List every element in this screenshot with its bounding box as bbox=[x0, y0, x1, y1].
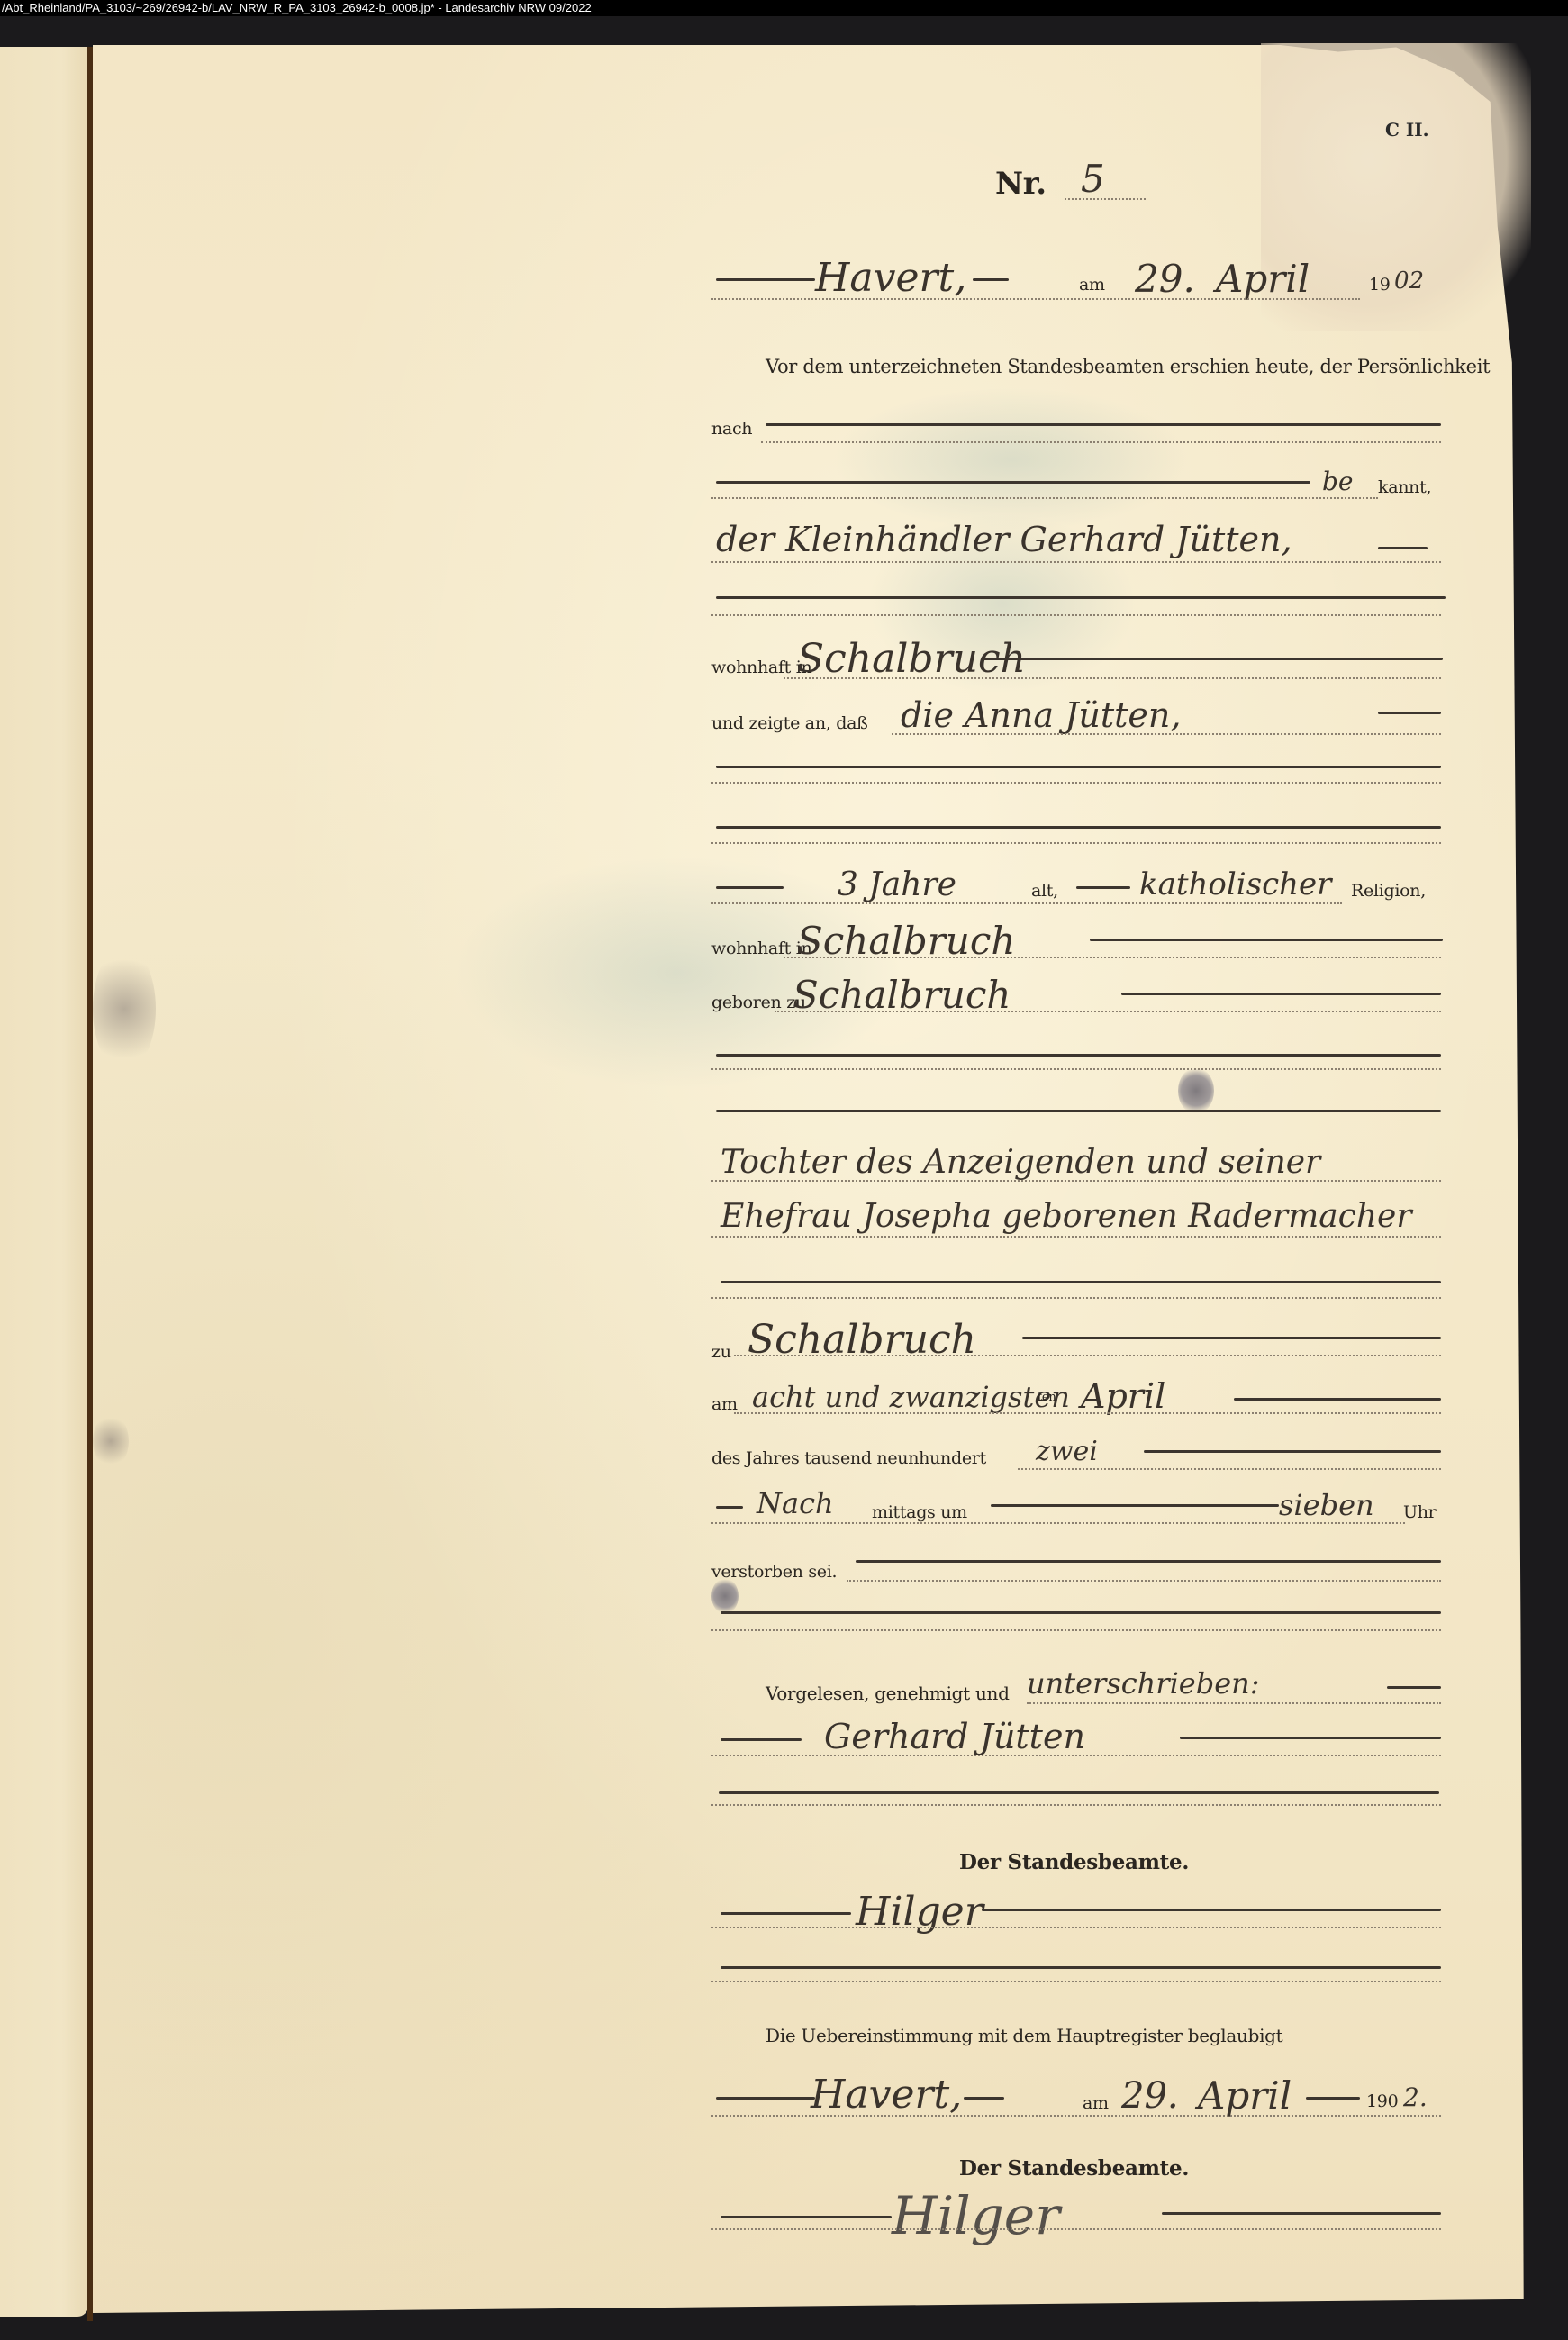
fill-line bbox=[982, 658, 1443, 660]
death-year-value: zwei bbox=[1036, 1436, 1098, 1467]
dotted-line bbox=[734, 1412, 1441, 1414]
date-day: 29. bbox=[1135, 257, 1195, 301]
fill-line bbox=[721, 1611, 1441, 1614]
informant-value: der Kleinhändler Gerhard Jütten, bbox=[716, 520, 1292, 559]
dotted-line bbox=[892, 733, 1441, 735]
dotted-line bbox=[711, 842, 1441, 844]
dotted-line bbox=[711, 1927, 1441, 1928]
registrar-signature-row: Hilger bbox=[711, 1887, 1441, 1941]
fill-line bbox=[721, 2216, 892, 2218]
dotted-line bbox=[761, 441, 1441, 443]
parents-row-1: Tochter des Anzeigenden und seiner bbox=[711, 1144, 1441, 1198]
fill-line bbox=[1022, 1337, 1441, 1339]
cert-year-prefix: 190 bbox=[1366, 2091, 1398, 2111]
dotted-line bbox=[711, 1804, 1441, 1806]
parents-line-1: Tochter des Anzeigenden und seiner bbox=[721, 1144, 1320, 1181]
birthplace-row: geboren zu Schalbruch bbox=[711, 973, 1441, 1027]
blank-row bbox=[711, 1941, 1441, 1995]
vorgelesen-label: Vorgelesen, genehmigt und bbox=[766, 1682, 1010, 1704]
death-place-row: zu Schalbruch bbox=[711, 1315, 1441, 1369]
certification-text: Die Uebereinstimmung mit dem Hauptregist… bbox=[766, 2025, 1282, 2046]
cert-signature: Hilger bbox=[892, 2185, 1060, 2246]
verstorben-label: verstorben sei. bbox=[711, 1562, 837, 1582]
dotted-line bbox=[711, 1629, 1441, 1631]
dotted-line bbox=[711, 561, 1441, 563]
zeigte-label: und zeigte an, daß bbox=[711, 713, 868, 733]
dotted-line bbox=[1065, 198, 1146, 200]
cert-am-label: am bbox=[1083, 2093, 1109, 2113]
cert-date-day: 29. bbox=[1121, 2075, 1179, 2117]
mittags-label: mittags um bbox=[872, 1502, 967, 1522]
parents-line-2: Ehefrau Josepha geborenen Radermacher bbox=[721, 1198, 1412, 1235]
fill-line bbox=[716, 2097, 815, 2100]
bekannt-hand: be bbox=[1322, 467, 1354, 496]
fill-line bbox=[716, 766, 1441, 768]
vorgelesen-row: Vorgelesen, genehmigt und unterschrieben… bbox=[711, 1666, 1441, 1720]
dotted-line bbox=[711, 782, 1441, 784]
informant-residence-row: wohnhaft in Schalbruch bbox=[711, 630, 1441, 685]
window-title: /Abt_Rheinland/PA_3103/~269/26942-b/LAV_… bbox=[2, 1, 592, 14]
death-month-value: April bbox=[1081, 1376, 1165, 1416]
fill-line bbox=[716, 278, 815, 281]
dotted-line bbox=[711, 2115, 1441, 2117]
vorgelesen-value: unterschrieben: bbox=[1027, 1666, 1260, 1701]
deceased-residence-row: wohnhaft in Schalbruch bbox=[711, 919, 1441, 973]
place-value: Havert, bbox=[815, 255, 966, 301]
dotted-line bbox=[847, 1580, 1441, 1582]
dotted-line bbox=[711, 1755, 1441, 1756]
fill-line bbox=[1180, 1737, 1441, 1739]
blank-row bbox=[711, 1599, 1441, 1653]
fill-line bbox=[964, 2097, 1004, 2100]
dotted-line bbox=[1027, 1702, 1441, 1704]
verstorben-row: verstorben sei. bbox=[711, 1540, 1441, 1594]
fill-line bbox=[721, 1912, 851, 1915]
ink-spot bbox=[93, 946, 156, 1072]
dotted-line bbox=[711, 1522, 1405, 1524]
fill-line bbox=[766, 423, 1441, 426]
fill-line bbox=[1144, 1450, 1441, 1453]
informant-row: der Kleinhändler Gerhard Jütten, bbox=[711, 518, 1441, 572]
certification-row: Die Uebereinstimmung mit dem Hauptregist… bbox=[711, 2009, 1441, 2063]
bekannt-printed: kannt, bbox=[1378, 477, 1431, 497]
fill-line bbox=[716, 886, 784, 889]
death-hour-value: sieben bbox=[1279, 1488, 1374, 1522]
number-value: 5 bbox=[1081, 157, 1105, 201]
dotted-line bbox=[711, 1068, 1441, 1070]
parents-row-2: Ehefrau Josepha geborenen Radermacher bbox=[711, 1198, 1441, 1252]
fill-line bbox=[716, 1054, 1441, 1057]
fill-line bbox=[856, 1560, 1441, 1563]
blank-row bbox=[711, 576, 1441, 630]
fill-line bbox=[1076, 886, 1130, 889]
cert-signature-row: Hilger bbox=[711, 2189, 1441, 2243]
fill-line bbox=[716, 1110, 1441, 1112]
fill-line bbox=[716, 596, 1446, 599]
intro-row: Vor dem unterzeichneten Standesbeamten e… bbox=[711, 347, 1441, 401]
dotted-line bbox=[711, 2228, 1441, 2230]
informant-signature-row: Gerhard Jütten bbox=[711, 1720, 1441, 1774]
zu-label: zu bbox=[711, 1342, 731, 1362]
number-label: Nr. bbox=[995, 166, 1047, 202]
fill-line bbox=[973, 278, 1009, 281]
fill-line bbox=[1378, 712, 1441, 714]
book-spine bbox=[87, 47, 93, 2321]
intro-text: Vor dem unterzeichneten Standesbeamten e… bbox=[766, 356, 1490, 377]
dotted-line bbox=[711, 1981, 1441, 1982]
cert-place-date-row: Havert, am 29. April 190 2. bbox=[711, 2072, 1441, 2126]
blank-row bbox=[711, 748, 1441, 802]
age-religion-row: 3 Jahre alt, katholischer Religion, bbox=[711, 865, 1441, 919]
registrar-heading-row: Der Standesbeamte. bbox=[711, 1837, 1441, 1891]
ten-suffix: ten bbox=[1038, 1391, 1056, 1404]
dotted-line bbox=[711, 902, 1342, 904]
fill-line bbox=[1121, 993, 1441, 995]
place-date-row: Havert, am 29. April 19 02 bbox=[711, 257, 1441, 311]
window-title-bar: /Abt_Rheinland/PA_3103/~269/26942-b/LAV_… bbox=[0, 0, 1568, 16]
record-number-row: Nr. 5 bbox=[711, 162, 1441, 216]
fill-line bbox=[721, 1966, 1441, 1969]
fill-line bbox=[1234, 1398, 1441, 1401]
fill-line bbox=[716, 1506, 743, 1509]
fill-line bbox=[721, 1738, 802, 1741]
cert-date-month: April bbox=[1198, 2073, 1292, 2118]
blank-row bbox=[711, 1036, 1441, 1090]
fill-line bbox=[1387, 1686, 1441, 1689]
fill-line bbox=[982, 1909, 1441, 1911]
blank-row bbox=[711, 1261, 1441, 1315]
fill-line bbox=[1378, 547, 1428, 549]
dotted-line bbox=[1018, 1468, 1441, 1470]
date-month: April bbox=[1216, 257, 1310, 301]
blank-row bbox=[711, 1779, 1441, 1833]
fill-line bbox=[721, 1281, 1441, 1283]
registrar-heading: Der Standesbeamte. bbox=[959, 1850, 1189, 1874]
ink-spot bbox=[93, 1414, 129, 1468]
religion-label: Religion, bbox=[1351, 881, 1426, 901]
form-code: C II. bbox=[1385, 119, 1429, 141]
dotted-line bbox=[784, 677, 1441, 679]
nach-row: nach bbox=[711, 405, 1441, 459]
dotted-line bbox=[784, 957, 1441, 958]
deceased-row: und zeigte an, daß die Anna Jütten, bbox=[711, 694, 1441, 748]
fill-line bbox=[719, 1791, 1439, 1794]
dotted-line bbox=[711, 1180, 1441, 1182]
cert-year-suffix: 2. bbox=[1403, 2082, 1428, 2112]
year-prefix: 19 bbox=[1369, 275, 1391, 295]
dotted-line bbox=[775, 1011, 1441, 1012]
cert-heading: Der Standesbeamte. bbox=[959, 2156, 1189, 2181]
year-suffix: 02 bbox=[1394, 268, 1424, 295]
death-time-row: Nach mittags um sieben Uhr bbox=[711, 1486, 1441, 1540]
fill-line bbox=[1090, 939, 1443, 941]
fill-line bbox=[716, 481, 1310, 484]
dotted-line bbox=[734, 1355, 1441, 1356]
bekannt-row: be kannt, bbox=[711, 459, 1441, 513]
death-day-value: acht und zwanzigsten bbox=[752, 1380, 1070, 1414]
alt-label: alt, bbox=[1031, 881, 1058, 901]
informant-signature: Gerhard Jütten bbox=[824, 1717, 1085, 1756]
am-label: am bbox=[711, 1394, 738, 1414]
dotted-line bbox=[711, 1236, 1441, 1238]
religion-value: katholischer bbox=[1139, 866, 1331, 902]
blank-row bbox=[711, 806, 1441, 860]
fill-line bbox=[1306, 2097, 1360, 2100]
nach-label: nach bbox=[711, 419, 752, 439]
am-label: am bbox=[1079, 275, 1105, 295]
fill-line bbox=[1162, 2212, 1441, 2215]
dotted-line bbox=[711, 497, 1378, 499]
dotted-line bbox=[711, 1297, 1441, 1299]
left-page-edge bbox=[0, 47, 88, 2317]
fill-line bbox=[991, 1504, 1279, 1507]
year-label: des Jahres tausend neunhundert bbox=[711, 1448, 986, 1468]
dotted-line bbox=[711, 298, 1360, 300]
fill-line bbox=[716, 826, 1441, 829]
time-prefix-value: Nach bbox=[757, 1486, 834, 1520]
dotted-line bbox=[711, 614, 1441, 616]
blank-row bbox=[711, 1090, 1441, 1144]
death-year-row: des Jahres tausend neunhundert zwei bbox=[711, 1432, 1441, 1486]
deceased-value: die Anna Jütten, bbox=[901, 695, 1181, 735]
uhr-label: Uhr bbox=[1403, 1502, 1436, 1522]
death-date-row: am acht und zwanzigsten ten April bbox=[711, 1378, 1441, 1432]
cert-place-value: Havert, bbox=[811, 2072, 962, 2118]
age-value: 3 Jahre bbox=[838, 866, 956, 903]
